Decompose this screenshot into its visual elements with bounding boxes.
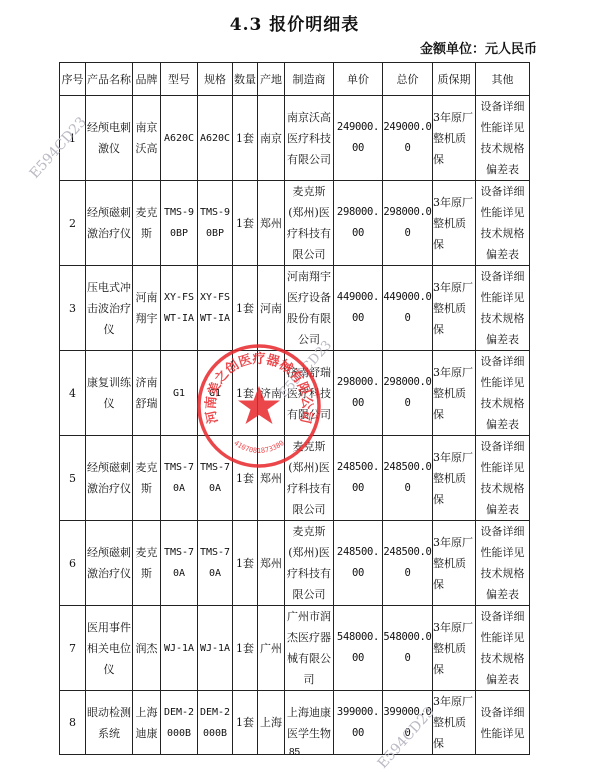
cell-brand: 麦克斯 <box>133 436 161 521</box>
column-header: 总价 <box>383 63 433 96</box>
column-header: 产地 <box>258 63 285 96</box>
cell-product-name: 康复训练仪 <box>86 351 133 436</box>
cell-index: 6 <box>60 521 86 606</box>
page-title: 4.3 报价明细表 <box>0 10 589 35</box>
cell-model: DEM-2000B <box>161 691 198 755</box>
table-row: 8眼动检测系统上海迪康DEM-2000BDEM-2000B1套上海上海迪康医学生… <box>60 691 530 755</box>
cell-unit-price: 298000.00 <box>334 351 383 436</box>
cell-total-price: 249000.00 <box>383 96 433 181</box>
cell-manufacturer: 广州市润杰医疗器械有限公司 <box>285 606 334 691</box>
cell-spec: TMS-70A <box>198 521 233 606</box>
column-header: 单价 <box>334 63 383 96</box>
cell-other: 设备详细性能详见技术规格偏差表 <box>476 351 530 436</box>
cell-warranty: 3年原厂整机质保 <box>433 266 476 351</box>
cell-quantity: 1套 <box>233 96 258 181</box>
cell-brand: 河南翔宇 <box>133 266 161 351</box>
cell-model: TMS-90BP <box>161 181 198 266</box>
cell-warranty: 3年原厂整机质保 <box>433 96 476 181</box>
cell-origin: 河南 <box>258 266 285 351</box>
cell-other: 设备详细性能详见技术规格偏差表 <box>476 521 530 606</box>
table-row: 6经颅磁刺激治疗仪麦克斯TMS-70ATMS-70A1套郑州麦克斯(郑州)医疗科… <box>60 521 530 606</box>
table-row: 7医用事件相关电位仪润杰WJ-1AWJ-1A1套广州广州市润杰医疗器械有限公司5… <box>60 606 530 691</box>
cell-index: 3 <box>60 266 86 351</box>
cell-warranty: 3年原厂整机质保 <box>433 351 476 436</box>
table-header-row: 序号产品名称品牌型号规格数量产地制造商单价总价质保期其他 <box>60 63 530 96</box>
cell-brand: 麦克斯 <box>133 521 161 606</box>
cell-brand: 南京沃高 <box>133 96 161 181</box>
cell-origin: 郑州 <box>258 521 285 606</box>
cell-other: 设备详细性能详见技术规格偏差表 <box>476 181 530 266</box>
cell-warranty: 3年原厂整机质保 <box>433 181 476 266</box>
currency-unit-label: 金额单位：元人民币 <box>420 38 537 57</box>
cell-spec: TMS-90BP <box>198 181 233 266</box>
table-row: 1经颅电刺激仪南京沃高A620CA620C1套南京南京沃高医疗科技有限公司249… <box>60 96 530 181</box>
cell-index: 7 <box>60 606 86 691</box>
cell-other: 设备详细性能详见技术规格偏差表 <box>476 436 530 521</box>
cell-quantity: 1套 <box>233 266 258 351</box>
cell-total-price: 248500.00 <box>383 521 433 606</box>
cell-warranty: 3年原厂整机质保 <box>433 436 476 521</box>
cell-other: 设备详细性能详见技术规格偏差表 <box>476 266 530 351</box>
cell-unit-price: 249000.00 <box>334 96 383 181</box>
cell-other: 设备详细性能详见 <box>476 691 530 755</box>
company-seal-stamp: 河南美之创医疗器械有限公司 4107081873380 <box>195 342 323 470</box>
cell-warranty: 3年原厂整机质保 <box>433 606 476 691</box>
cell-spec: XY-FSWT-IA <box>198 266 233 351</box>
cell-other: 设备详细性能详见技术规格偏差表 <box>476 96 530 181</box>
cell-total-price: 548000.00 <box>383 606 433 691</box>
cell-spec: WJ-1A <box>198 606 233 691</box>
cell-unit-price: 449000.00 <box>334 266 383 351</box>
cell-product-name: 医用事件相关电位仪 <box>86 606 133 691</box>
cell-quantity: 1套 <box>233 691 258 755</box>
cell-manufacturer: 麦克斯(郑州)医疗科技有限公司 <box>285 521 334 606</box>
cell-product-name: 经颅电刺激仪 <box>86 96 133 181</box>
cell-model: A620C <box>161 96 198 181</box>
cell-model: TMS-70A <box>161 436 198 521</box>
cell-manufacturer: 南京沃高医疗科技有限公司 <box>285 96 334 181</box>
column-header: 制造商 <box>285 63 334 96</box>
cell-spec: DEM-2000B <box>198 691 233 755</box>
cell-origin: 郑州 <box>258 181 285 266</box>
cell-origin: 上海 <box>258 691 285 755</box>
cell-model: XY-FSWT-IA <box>161 266 198 351</box>
cell-brand: 润杰 <box>133 606 161 691</box>
cell-index: 8 <box>60 691 86 755</box>
column-header: 序号 <box>60 63 86 96</box>
cell-model: G1 <box>161 351 198 436</box>
column-header: 产品名称 <box>86 63 133 96</box>
table-row: 2经颅磁刺激治疗仪麦克斯TMS-90BPTMS-90BP1套郑州麦克斯(郑州)医… <box>60 181 530 266</box>
cell-product-name: 经颅磁刺激治疗仪 <box>86 181 133 266</box>
cell-warranty: 3年原厂整机质保 <box>433 691 476 755</box>
cell-index: 4 <box>60 351 86 436</box>
cell-index: 2 <box>60 181 86 266</box>
cell-unit-price: 399000.00 <box>334 691 383 755</box>
cell-quantity: 1套 <box>233 521 258 606</box>
column-header: 其他 <box>476 63 530 96</box>
cell-product-name: 眼动检测系统 <box>86 691 133 755</box>
cell-unit-price: 248500.00 <box>334 436 383 521</box>
cell-total-price: 298000.00 <box>383 351 433 436</box>
cell-model: WJ-1A <box>161 606 198 691</box>
column-header: 数量 <box>233 63 258 96</box>
cell-quantity: 1套 <box>233 181 258 266</box>
column-header: 品牌 <box>133 63 161 96</box>
cell-manufacturer: 麦克斯(郑州)医疗科技有限公司 <box>285 181 334 266</box>
cell-brand: 上海迪康 <box>133 691 161 755</box>
cell-total-price: 449000.00 <box>383 266 433 351</box>
cell-unit-price: 548000.00 <box>334 606 383 691</box>
cell-manufacturer: 上海迪康医学生物 <box>285 691 334 755</box>
table-row: 3压电式冲击波治疗仪河南翔宇XY-FSWT-IAXY-FSWT-IA1套河南河南… <box>60 266 530 351</box>
cell-quantity: 1套 <box>233 606 258 691</box>
cell-model: TMS-70A <box>161 521 198 606</box>
cell-total-price: 248500.00 <box>383 436 433 521</box>
svg-text:4107081873380: 4107081873380 <box>232 439 285 455</box>
cell-product-name: 经颅磁刺激治疗仪 <box>86 436 133 521</box>
cell-spec: A620C <box>198 96 233 181</box>
cell-total-price: 298000.00 <box>383 181 433 266</box>
cell-manufacturer: 河南翔宇医疗设备股份有限公司 <box>285 266 334 351</box>
cell-origin: 广州 <box>258 606 285 691</box>
page-number: 85 <box>0 747 589 758</box>
cell-origin: 南京 <box>258 96 285 181</box>
cell-other: 设备详细性能详见技术规格偏差表 <box>476 606 530 691</box>
column-header: 型号 <box>161 63 198 96</box>
column-header: 规格 <box>198 63 233 96</box>
column-header: 质保期 <box>433 63 476 96</box>
cell-product-name: 经颅磁刺激治疗仪 <box>86 521 133 606</box>
cell-index: 5 <box>60 436 86 521</box>
cell-brand: 麦克斯 <box>133 181 161 266</box>
cell-unit-price: 298000.00 <box>334 181 383 266</box>
cell-warranty: 3年原厂整机质保 <box>433 521 476 606</box>
cell-unit-price: 248500.00 <box>334 521 383 606</box>
cell-product-name: 压电式冲击波治疗仪 <box>86 266 133 351</box>
cell-brand: 济南舒瑞 <box>133 351 161 436</box>
